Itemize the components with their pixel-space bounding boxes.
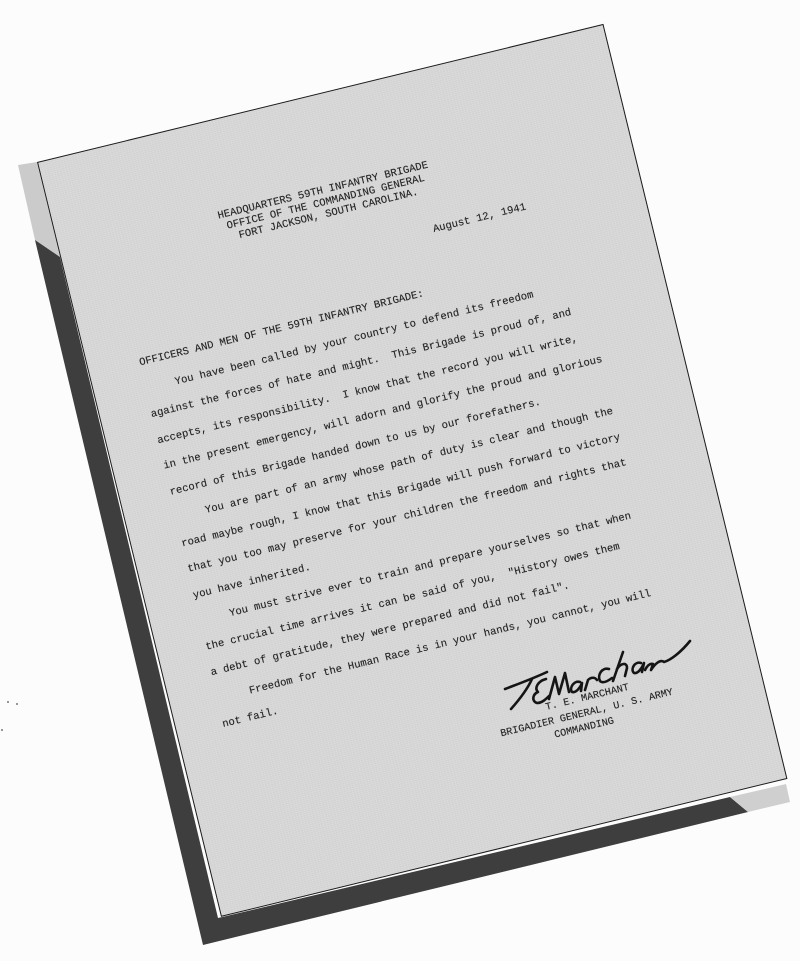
body-line: not fail. [221, 706, 279, 731]
body-line: the crucial time arrives it can be said … [204, 541, 621, 654]
letter-date: August 12, 1941 [432, 202, 527, 236]
body-line: You are part of an army whose path of du… [204, 406, 614, 517]
letterhead-line: OFFICE OF THE COMMANDING GENERAL [179, 161, 473, 244]
scan-speck [7, 701, 9, 703]
scan-speck [16, 703, 18, 705]
letterhead: HEADQUARTERS 59TH INFANTRY BRIGADE OFFIC… [176, 150, 476, 256]
scan-speck [1, 729, 3, 731]
